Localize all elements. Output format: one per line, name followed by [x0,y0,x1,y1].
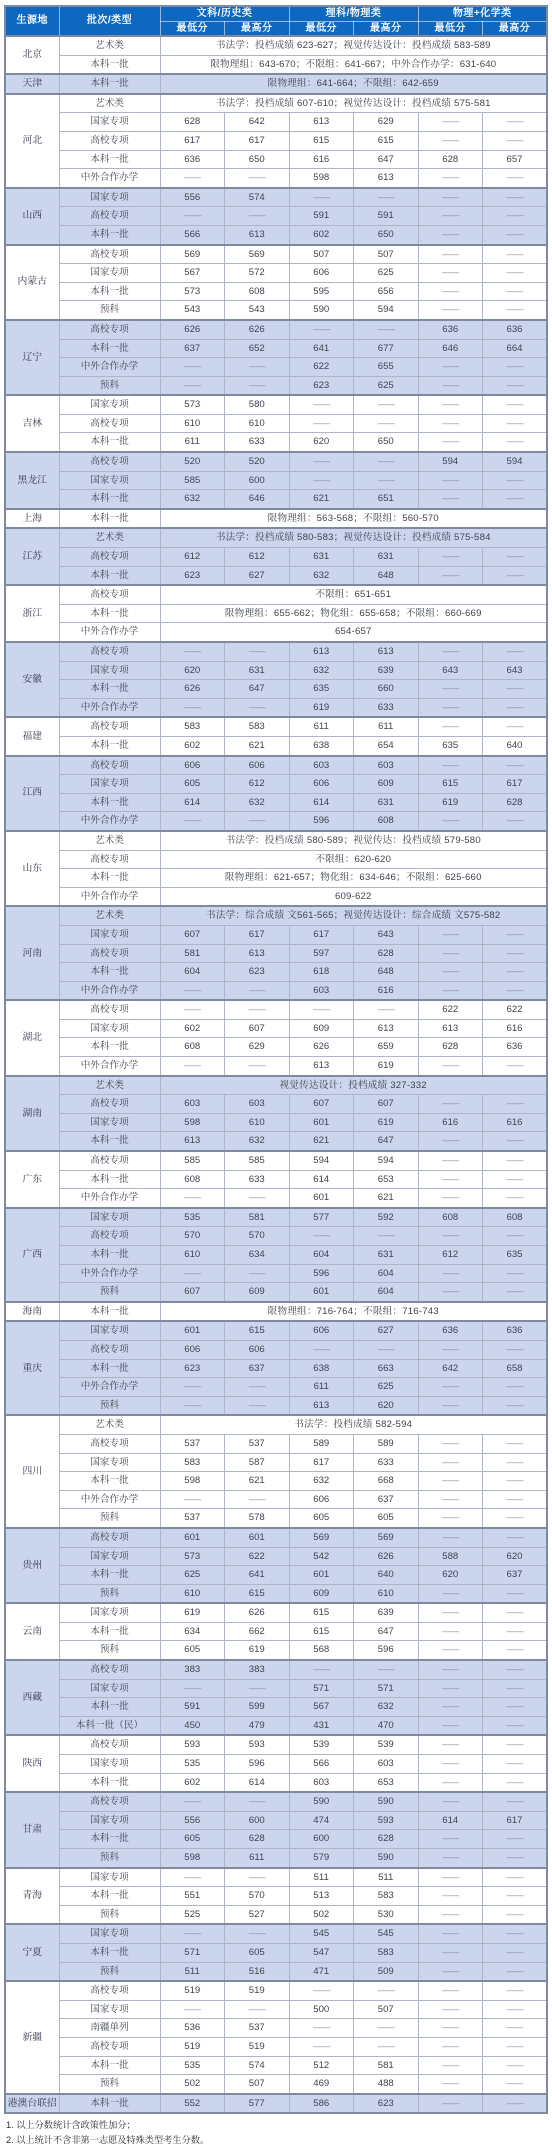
admission-scores-page: 生源地 批次/类型 文科/历史类 理科/物理类 物理+化学类 最低分 最高分 最… [0,0,552,2154]
score-cell: 640 [483,736,548,755]
score-cell: 589 [354,1434,419,1453]
score-cell: 598 [160,1113,225,1132]
score-cell: 626 [289,1038,354,1057]
score-cell: 610 [160,414,225,433]
score-cell-empty: —— [483,1509,548,1528]
header-batch-type: 批次/类型 [59,6,160,36]
score-cell: 581 [354,2056,419,2075]
table-row: 中外合作办学————622655———— [5,358,547,377]
score-cell-empty: —— [354,452,419,471]
table-body: 北京艺术类书法学：投档成绩 623-627；视觉传达设计：投档成绩 583-58… [5,36,547,2113]
score-cell-empty: —— [483,1924,548,1943]
score-cell: 628 [483,793,548,812]
score-cell-empty: —— [225,812,290,831]
score-cell-empty: —— [418,944,483,963]
table-row: 江西高校专项606606603603———— [5,756,547,775]
score-cell-empty: —— [418,1434,483,1453]
score-cell-empty: —— [483,1905,548,1924]
admission-score-table: 生源地 批次/类型 文科/历史类 理科/物理类 物理+化学类 最低分 最高分 最… [4,5,548,2114]
score-cell: 572 [225,264,290,283]
batch-type-cell: 高校专项 [59,320,160,339]
table-row: 福建高校专项583583611611———— [5,717,547,736]
table-row: 本科一批限物理组：655-662；物化组：655-658；不限组：660-669 [5,604,547,623]
table-row: 天津本科一批限物理组：641-664；不限组：642-659 [5,74,547,94]
score-cell: 556 [160,1811,225,1830]
batch-type-cell: 本科一批（民） [59,1716,160,1735]
score-cell: 623 [160,1359,225,1378]
score-cell-empty: —— [483,1735,548,1754]
score-cell-empty: —— [418,1868,483,1887]
score-cell: 614 [418,1811,483,1830]
score-cell-empty: —— [418,282,483,301]
table-row: 预科605619568596———— [5,1641,547,1660]
table-row: 黑龙江高校专项520520————594594 [5,452,547,471]
province-cell: 宁夏 [5,1924,59,1981]
batch-type-cell: 本科一批 [59,2094,160,2114]
score-cell: 641 [289,339,354,358]
score-cell-empty: —— [160,1924,225,1943]
table-row: 河南艺术类书法学：综合成绩 文561-565；视觉传达设计：综合成绩 文575-… [5,906,547,925]
score-cell-empty: —— [225,1868,290,1887]
score-cell: 591 [160,1698,225,1717]
score-cell: 636 [483,320,548,339]
score-cell: 615 [289,131,354,150]
score-cell-empty: —— [483,2000,548,2019]
score-cell: 619 [354,1113,419,1132]
score-cell-empty: —— [418,1773,483,1792]
table-row: 高校专项519519———————— [5,2037,547,2056]
score-cell-empty: —— [418,1981,483,2000]
score-cell: 615 [225,1321,290,1340]
province-cell: 广东 [5,1151,59,1208]
score-cell: 636 [483,1321,548,1340]
score-cell: 610 [160,1246,225,1265]
merged-score-cell: 视觉传达设计：投档成绩 327-332 [160,1076,547,1095]
table-row: 广东高校专项585585594594———— [5,1151,547,1170]
score-cell: 603 [289,1773,354,1792]
batch-type-cell: 本科一批 [59,1132,160,1151]
score-cell: 488 [354,2075,419,2094]
score-cell: 608 [225,282,290,301]
score-cell: 620 [483,1547,548,1566]
score-cell-empty: —— [225,1378,290,1397]
score-cell: 609 [289,1019,354,1038]
score-cell-empty: —— [483,1641,548,1660]
table-row: 国家专项556600474593614617 [5,1811,547,1830]
score-cell: 632 [289,1472,354,1491]
score-cell-empty: —— [418,1698,483,1717]
score-cell-empty: —— [225,642,290,661]
score-cell: 519 [225,1981,290,2000]
score-cell: 613 [225,944,290,963]
table-row: 高校专项581613597628———— [5,944,547,963]
score-cell: 628 [160,113,225,132]
score-cell-empty: —— [289,1660,354,1679]
score-cell-empty: —— [418,1924,483,1943]
score-cell-empty: —— [289,1981,354,2000]
score-cell-empty: —— [418,925,483,944]
score-cell: 610 [225,1113,290,1132]
score-cell-empty: —— [160,2000,225,2019]
score-cell-empty: —— [483,1622,548,1641]
province-cell: 浙江 [5,585,59,642]
score-cell-empty: —— [289,2037,354,2056]
score-cell: 519 [160,1981,225,2000]
batch-type-cell: 国家专项 [59,661,160,680]
score-cell-empty: —— [483,1189,548,1208]
table-row: 浙江高校专项不限组：651-651 [5,585,547,604]
table-row: 本科一批637652641677646664 [5,339,547,358]
batch-type-cell: 本科一批 [59,339,160,358]
province-cell: 广西 [5,1208,59,1302]
batch-type-cell: 本科一批 [59,282,160,301]
table-row: 云南国家专项619626615639———— [5,1603,547,1622]
score-cell: 590 [354,1792,419,1811]
score-cell-empty: —— [160,207,225,226]
score-cell: 636 [418,1321,483,1340]
score-cell-empty: —— [418,1340,483,1359]
score-cell-empty: —— [483,1962,548,1981]
table-row: 新疆高校专项519519———————— [5,1981,547,2000]
score-cell: 634 [160,1622,225,1641]
province-cell: 海南 [5,1302,59,1322]
score-cell-empty: —— [483,981,548,1000]
batch-type-cell: 高校专项 [59,1151,160,1170]
batch-type-cell: 国家专项 [59,1924,160,1943]
header-min-score: 最低分 [160,21,225,36]
table-row: 内蒙古高校专项569569507507———— [5,245,547,264]
batch-type-cell: 高校专项 [59,2037,160,2056]
score-cell-empty: —— [418,1057,483,1076]
score-cell-empty: —— [483,1453,548,1472]
score-cell: 585 [225,1151,290,1170]
score-cell: 516 [225,1962,290,1981]
merged-score-cell: 书法学：投档成绩 580-589；视觉传达：投档成绩 579-580 [160,831,547,850]
score-cell-empty: —— [418,1396,483,1415]
header-group-science: 理科/物理类 [289,6,418,21]
score-cell: 479 [225,1716,290,1735]
score-cell: 605 [225,1943,290,1962]
header-max-score: 最高分 [354,21,419,36]
score-cell: 513 [289,1887,354,1906]
score-cell: 611 [225,1849,290,1868]
score-cell: 598 [160,1849,225,1868]
score-cell-empty: —— [418,2056,483,2075]
merged-score-cell: 654-657 [160,623,547,642]
score-cell: 600 [225,1811,290,1830]
table-row: 中外合作办学————611625———— [5,1378,547,1397]
footnote-2: 2. 以上统计不含非第一志愿及特殊类型考生分数。 [6,2133,548,2148]
score-cell: 520 [160,452,225,471]
province-cell: 四川 [5,1415,59,1528]
score-cell: 592 [354,1208,419,1227]
table-row: 河北艺术类书法学：投档成绩 607-610；视觉传达设计：投档成绩 575-58… [5,94,547,113]
batch-type-cell: 国家专项 [59,188,160,207]
score-cell-empty: —— [418,1151,483,1170]
score-cell-empty: —— [483,225,548,244]
score-cell: 619 [225,1641,290,1660]
score-cell-empty: —— [354,1000,419,1019]
table-row: 国家专项598610601619616616 [5,1113,547,1132]
score-cell: 610 [354,1584,419,1603]
batch-type-cell: 中外合作办学 [59,812,160,831]
table-row: 国家专项607617617643———— [5,925,547,944]
score-cell: 664 [483,339,548,358]
score-cell: 567 [289,1698,354,1717]
score-cell: 614 [160,793,225,812]
table-row: 中外合作办学————619633———— [5,698,547,717]
table-row: 本科一批604623618648———— [5,963,547,982]
batch-type-cell: 预科 [59,1905,160,1924]
score-cell: 631 [225,661,290,680]
batch-type-cell: 中外合作办学 [59,169,160,188]
score-cell: 650 [225,150,290,169]
score-cell-empty: —— [225,358,290,377]
table-row: 海南本科一批限物理组：716-764；不限组：716-743 [5,1302,547,1322]
score-cell-empty: —— [483,1057,548,1076]
table-row: 预科610615609610———— [5,1584,547,1603]
score-cell-empty: —— [483,1264,548,1283]
score-cell: 632 [289,566,354,585]
batch-type-cell: 本科一批 [59,1038,160,1057]
score-cell-empty: —— [418,1849,483,1868]
score-cell-empty: —— [225,1264,290,1283]
province-cell: 新疆 [5,1981,59,2094]
batch-type-cell: 中外合作办学 [59,698,160,717]
score-cell-empty: —— [483,358,548,377]
table-row: 本科一批限物理组：643-670；不限组：641-667；中外合作办学：631-… [5,55,547,74]
score-cell: 615 [225,1584,290,1603]
score-cell: 623 [354,2094,419,2114]
batch-type-cell: 高校专项 [59,131,160,150]
score-cell-empty: —— [225,1000,290,1019]
score-cell-empty: —— [483,1679,548,1698]
table-row: 预科511516471509———— [5,1962,547,1981]
score-cell: 603 [354,1755,419,1774]
batch-type-cell: 本科一批 [59,1830,160,1849]
score-cell: 601 [160,1528,225,1547]
score-cell-empty: —— [418,113,483,132]
table-row: 高校专项612612631631———— [5,548,547,567]
score-cell: 632 [289,661,354,680]
table-row: 本科一批626647635660———— [5,680,547,699]
score-cell-empty: —— [418,1679,483,1698]
batch-type-cell: 本科一批 [59,55,160,74]
batch-type-cell: 高校专项 [59,245,160,264]
score-cell: 537 [160,1509,225,1528]
table-row: 四川艺术类书法学：投档成绩 582-594 [5,1415,547,1434]
score-cell: 586 [289,2094,354,2114]
table-row: 中外合作办学————603616———— [5,981,547,1000]
score-cell: 637 [354,1490,419,1509]
score-cell-empty: —— [483,1340,548,1359]
score-cell-empty: —— [354,414,419,433]
score-cell: 511 [160,1962,225,1981]
score-cell-empty: —— [354,2037,419,2056]
score-cell: 632 [354,1698,419,1717]
score-cell-empty: —— [289,1227,354,1246]
score-cell-empty: —— [418,301,483,320]
score-cell-empty: —— [483,282,548,301]
score-cell: 631 [354,1246,419,1265]
table-row: 预科————613620———— [5,1396,547,1415]
score-cell-empty: —— [289,452,354,471]
table-row: 本科一批608629626659628636 [5,1038,547,1057]
province-cell: 陕西 [5,1735,59,1792]
score-cell-empty: —— [354,1660,419,1679]
batch-type-cell: 本科一批 [59,74,160,94]
merged-score-cell: 书法学：投档成绩 607-610；视觉传达设计：投档成绩 575-581 [160,94,547,113]
score-cell: 605 [289,1509,354,1528]
score-cell-empty: —— [418,1887,483,1906]
score-cell-empty: —— [160,1057,225,1076]
score-cell: 613 [289,1396,354,1415]
score-cell: 621 [225,736,290,755]
province-cell: 江苏 [5,528,59,585]
score-cell: 596 [289,812,354,831]
score-cell: 551 [160,1887,225,1906]
score-cell-empty: —— [289,1340,354,1359]
score-cell: 604 [289,1246,354,1265]
table-row: 本科一批614632614631619628 [5,793,547,812]
table-row: 辽宁高校专项626626————636636 [5,320,547,339]
score-cell: 603 [289,756,354,775]
score-cell: 613 [225,225,290,244]
score-cell: 613 [289,113,354,132]
table-row: 中外合作办学609-622 [5,887,547,906]
score-cell-empty: —— [418,433,483,452]
score-cell: 601 [289,1566,354,1585]
score-cell: 471 [289,1962,354,1981]
score-cell: 511 [354,1868,419,1887]
table-row: 中外合作办学————613619———— [5,1057,547,1076]
score-cell: 614 [289,1170,354,1189]
score-cell-empty: —— [418,1283,483,1302]
score-cell-empty: —— [483,963,548,982]
score-cell: 539 [289,1735,354,1754]
batch-type-cell: 本科一批 [59,1566,160,1585]
score-cell-empty: —— [418,1660,483,1679]
score-cell-empty: —— [483,2094,548,2114]
score-cell: 569 [289,1528,354,1547]
table-row: 北京艺术类书法学：投档成绩 623-627；视觉传达设计：投档成绩 583-58… [5,36,547,55]
score-cell: 656 [354,282,419,301]
score-cell-empty: —— [418,264,483,283]
score-cell: 623 [289,376,354,395]
score-cell-empty: —— [483,1849,548,1868]
province-cell: 湖北 [5,1000,59,1075]
score-cell-empty: —— [418,1490,483,1509]
score-cell: 613 [289,642,354,661]
score-cell-empty: —— [483,1151,548,1170]
table-row: 预科543543590594———— [5,301,547,320]
score-cell: 519 [225,2037,290,2056]
province-cell: 西藏 [5,1660,59,1735]
score-cell: 646 [225,490,290,509]
score-cell-empty: —— [160,1396,225,1415]
score-cell: 640 [354,1566,419,1585]
batch-type-cell: 本科一批 [59,1170,160,1189]
score-cell: 639 [354,661,419,680]
table-row: 重庆国家专项601615606627636636 [5,1321,547,1340]
table-row: 吉林国家专项573580———————— [5,395,547,414]
score-cell: 632 [225,1132,290,1151]
table-row: 国家专项573622542626588620 [5,1547,547,1566]
score-cell: 619 [418,793,483,812]
batch-type-cell: 国家专项 [59,2000,160,2019]
province-cell: 山东 [5,831,59,906]
batch-type-cell: 艺术类 [59,94,160,113]
score-cell-empty: —— [418,963,483,982]
score-cell: 642 [225,113,290,132]
score-cell: 585 [160,471,225,490]
score-cell: 604 [354,1264,419,1283]
score-cell: 581 [225,1208,290,1227]
batch-type-cell: 国家专项 [59,925,160,944]
province-cell: 河南 [5,906,59,1000]
table-row: 高校专项617617615615———— [5,131,547,150]
score-cell-empty: —— [418,2037,483,2056]
score-cell-empty: —— [354,2019,419,2038]
score-cell: 633 [354,698,419,717]
score-cell-empty: —— [483,471,548,490]
score-cell: 573 [160,282,225,301]
score-cell: 567 [160,264,225,283]
score-cell-empty: —— [483,1660,548,1679]
score-cell: 507 [289,245,354,264]
province-cell: 辽宁 [5,320,59,395]
score-cell: 653 [354,1773,419,1792]
table-row: 广西国家专项535581577592608608 [5,1208,547,1227]
score-cell: 628 [225,1830,290,1849]
batch-type-cell: 国家专项 [59,1868,160,1887]
table-row: 上海本科一批限物理组：563-568；不限组：560-570 [5,509,547,529]
header-group-liberal-arts: 文科/历史类 [160,6,289,21]
score-cell: 627 [354,1321,419,1340]
score-cell-empty: —— [160,1868,225,1887]
batch-type-cell: 高校专项 [59,1660,160,1679]
score-cell-empty: —— [483,1830,548,1849]
score-cell-empty: —— [418,414,483,433]
batch-type-cell: 预科 [59,1849,160,1868]
batch-type-cell: 本科一批 [59,1943,160,1962]
table-row: 本科一批632646621651———— [5,490,547,509]
score-cell-empty: —— [418,1170,483,1189]
batch-type-cell: 高校专项 [59,1434,160,1453]
score-cell-empty: —— [160,642,225,661]
score-cell: 610 [160,1584,225,1603]
merged-score-cell: 不限组：620-620 [160,850,547,869]
batch-type-cell: 本科一批 [59,869,160,888]
score-cell-empty: —— [483,245,548,264]
score-cell-empty: —— [418,169,483,188]
score-cell: 588 [418,1547,483,1566]
score-cell: 601 [289,1189,354,1208]
score-cell-empty: —— [418,566,483,585]
score-cell-empty: —— [289,188,354,207]
score-cell: 654 [354,736,419,755]
score-cell-empty: —— [483,169,548,188]
score-cell-empty: —— [483,264,548,283]
batch-type-cell: 中外合作办学 [59,1057,160,1076]
merged-score-cell: 限物理组：716-764；不限组：716-743 [160,1302,547,1322]
score-cell: 613 [160,1132,225,1151]
batch-type-cell: 国家专项 [59,1547,160,1566]
table-row: 本科一批598621632668———— [5,1472,547,1491]
batch-type-cell: 高校专项 [59,414,160,433]
table-row: 预科————623625———— [5,376,547,395]
province-cell: 内蒙古 [5,245,59,320]
